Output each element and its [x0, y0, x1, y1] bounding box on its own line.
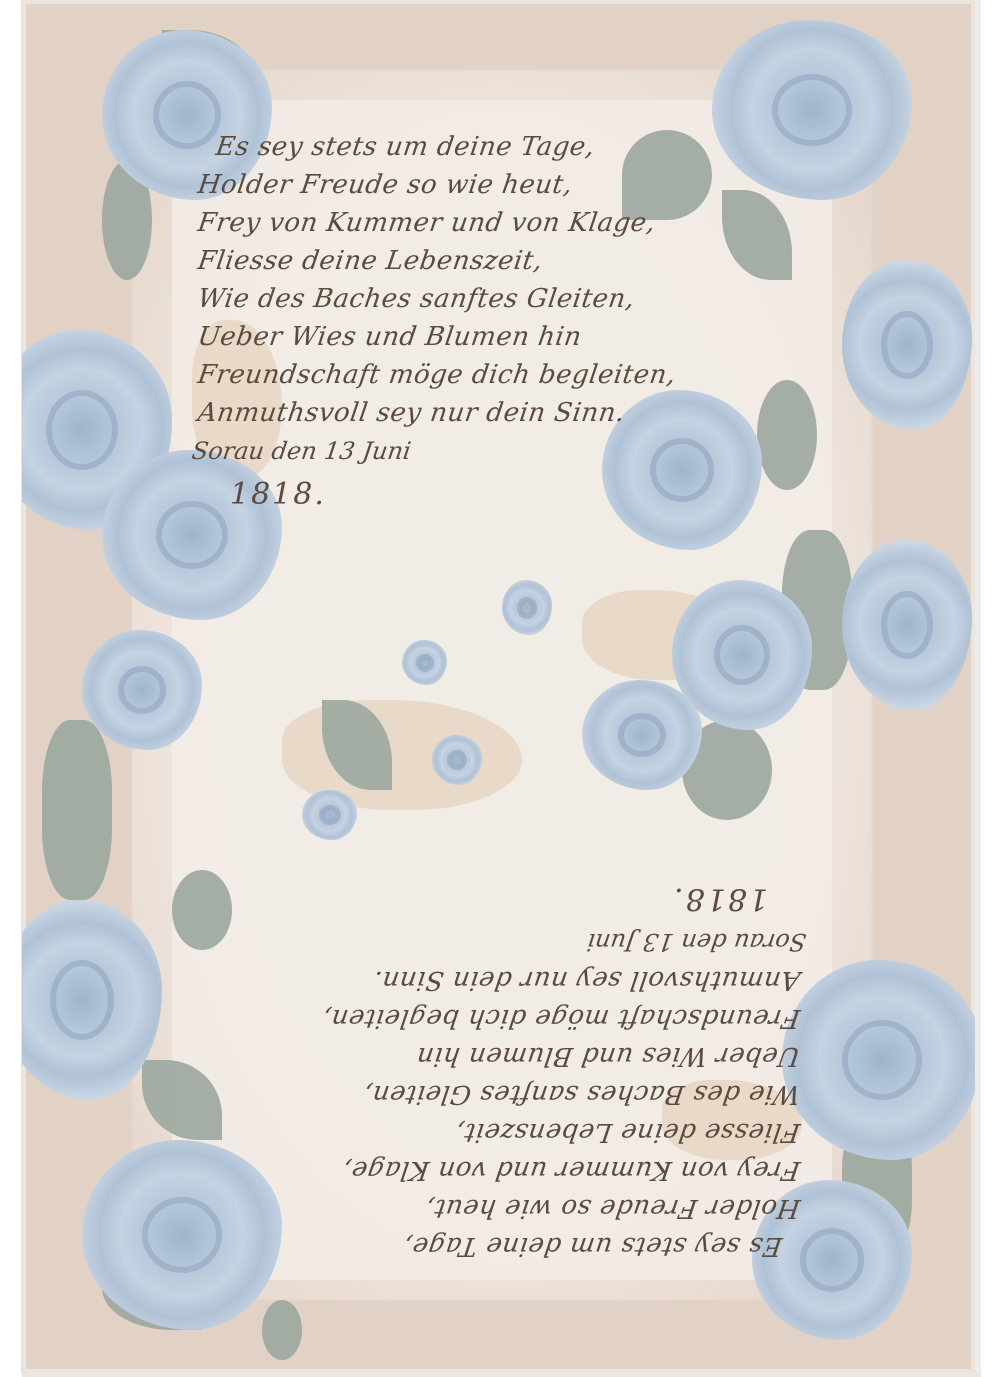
poem-line: Es sey stets um deine Tage, — [213, 128, 820, 166]
poem-year: 1818. — [180, 873, 768, 923]
poem-line: Ueber Wies und Blumen hin — [195, 318, 820, 356]
poem-year: 1818. — [230, 470, 818, 520]
rose-bud-icon — [432, 735, 482, 785]
rug-edge — [975, 0, 981, 1377]
poem-date: Sorau den 13 Juni — [189, 432, 820, 470]
poem-line: Holder Freude so wie heut, — [177, 1189, 802, 1227]
poem-line: Holder Freude so wie heut, — [195, 166, 820, 204]
poem-line: Freundschaft möge dich begleiten, — [195, 356, 820, 394]
poem-line: Fliesse deine Lebenszeit, — [177, 1113, 802, 1151]
poem-line: Frey von Kummer und von Klage, — [177, 1151, 802, 1189]
poem-line: Wie des Baches sanftes Gleiten, — [177, 1075, 802, 1113]
rose-bud-icon — [402, 640, 447, 685]
poem-upright: Es sey stets um deine Tage, Holder Freud… — [198, 128, 818, 520]
poem-line: Es sey stets um deine Tage, — [177, 1227, 784, 1265]
rose-icon — [842, 260, 972, 430]
rug-edge — [22, 1373, 981, 1377]
poem-line: Frey von Kummer und von Klage, — [195, 204, 820, 242]
rose-bud-icon — [502, 580, 552, 635]
rose-icon — [82, 630, 202, 750]
poem-line: Anmuthsvoll sey nur dein Sinn. — [195, 394, 820, 432]
poem-line: Freundschaft möge dich begleiten, — [177, 999, 802, 1037]
leaf-icon — [42, 720, 112, 900]
rose-bud-icon — [302, 790, 357, 840]
poem-flipped: Es sey stets um deine Tage, Holder Freud… — [180, 873, 800, 1265]
rose-icon — [842, 540, 972, 710]
rose-icon — [582, 680, 702, 790]
poem-line: Anmuthsvoll sey nur dein Sinn. — [177, 961, 802, 999]
poem-line: Ueber Wies und Blumen hin — [177, 1037, 802, 1075]
leaf-icon — [262, 1300, 302, 1360]
poem-line: Wie des Baches sanftes Gleiten, — [195, 280, 820, 318]
poem-line: Fliesse deine Lebenszeit, — [195, 242, 820, 280]
poem-date: Sorau den 13 Juni — [177, 923, 808, 961]
